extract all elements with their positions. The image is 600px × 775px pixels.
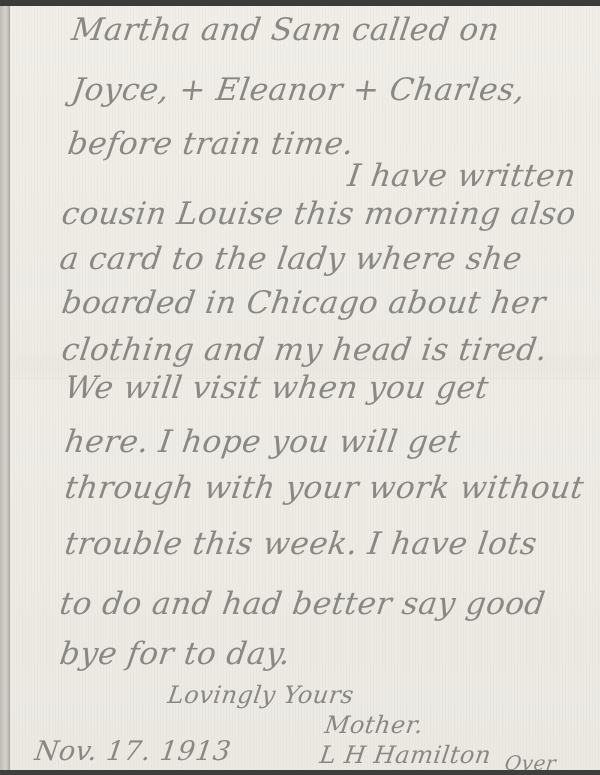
letter-line: cousin Louise this morning also bbox=[59, 196, 578, 232]
letter-line: Martha and Sam called on bbox=[69, 12, 501, 48]
page-left-edge bbox=[0, 6, 10, 770]
letter-line: We will visit when you get bbox=[62, 370, 491, 406]
letter-line: to do and had better say good bbox=[57, 586, 547, 622]
letter-date: Nov. 17. 1913 bbox=[33, 736, 233, 767]
letter-line: here. I hope you will get bbox=[62, 424, 462, 460]
letter-line: through with your work without bbox=[62, 470, 586, 506]
letter-closing: Lovingly Yours bbox=[166, 681, 356, 709]
letter-line: clothing and my head is tired. bbox=[59, 332, 549, 368]
letter-line: Joyce, + Eleanor + Charles, bbox=[69, 72, 527, 108]
letter-line: trouble this week. I have lots bbox=[62, 526, 539, 562]
letter-line: boarded in Chicago about her bbox=[59, 285, 548, 321]
scan-bottom-border bbox=[0, 770, 600, 775]
letter-line: a card to the lady where she bbox=[57, 241, 524, 277]
signature-name: L H Hamilton bbox=[318, 741, 493, 769]
letter-page: Martha and Sam called on Joyce, + Eleano… bbox=[10, 6, 600, 770]
letter-line: I have written bbox=[345, 158, 578, 194]
letter-line: bye for to day. bbox=[57, 636, 292, 672]
signature-title: Mother. bbox=[323, 711, 425, 739]
letter-line: before train time. bbox=[65, 126, 356, 162]
